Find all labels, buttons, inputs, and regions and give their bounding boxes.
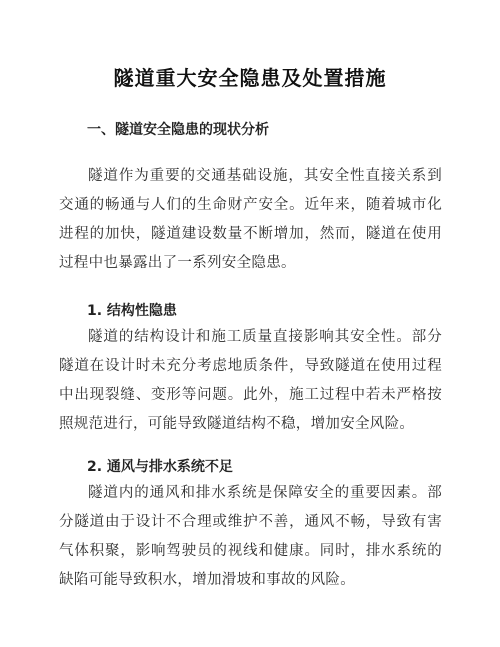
subsection-heading-ventilation: 2. 通风与排水系统不足 (87, 456, 233, 476)
document-page: 隧道重大安全隐患及处置措施 一、隧道安全隐患的现状分析 隧道作为重要的交通基础设… (0, 0, 500, 647)
ventilation-paragraph: 隧道内的通风和排水系统是保障安全的重要因素。部分隧道由于设计不合理或维护不善，通… (59, 479, 442, 595)
subsection-heading-structural: 1. 结构性隐患 (87, 300, 177, 320)
structural-paragraph: 隧道的结构设计和施工质量直接影响其安全性。部分隧道在设计时未充分考虑地质条件，导… (59, 323, 442, 439)
intro-paragraph: 隧道作为重要的交通基础设施，其安全性直接关系到交通的畅通与人们的生命财产安全。近… (59, 162, 442, 278)
section-heading-status-analysis: 一、隧道安全隐患的现状分析 (87, 119, 269, 139)
document-title: 隧道重大安全隐患及处置措施 (0, 62, 500, 91)
